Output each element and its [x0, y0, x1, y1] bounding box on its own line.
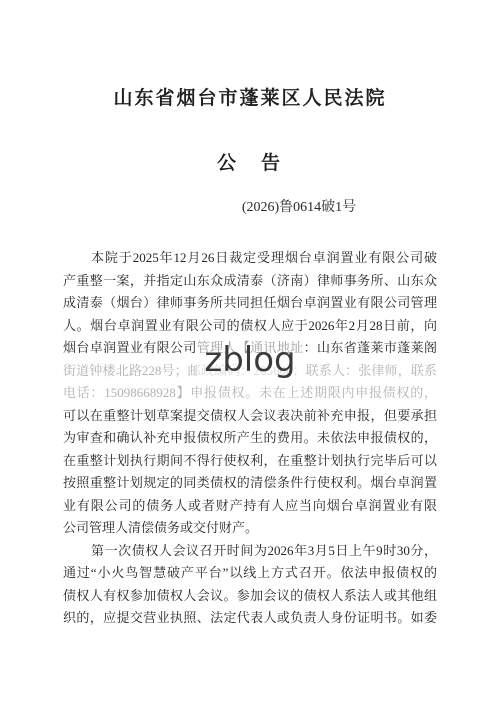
doc-line: 成清泰（烟台）律师事务所共同担任烟台卓润置业有限公司管理	[63, 292, 437, 315]
doc-line-dimmed: 街道钟楼北路228号；邮政编码：265600；联系人：张律师，联系	[63, 360, 437, 383]
doc-line: 烟台卓润置业有限公司管理人【通讯地址：山东省蓬莱市蓬莱阁	[63, 337, 437, 360]
doc-line: 按照重整计划规定的同类债权的清偿条件行使权利。烟台卓润置	[63, 472, 437, 495]
doc-line: 可以在重整计划草案提交债权人会议表决前补充申报，但要承担	[63, 405, 437, 428]
court-announcement-document: 山东省烟台市蓬莱区人民法院 公 告 (2026)鲁0614破1号 本院于2025…	[0, 0, 500, 707]
doc-line: 债权人有权参加债权人会议。参加会议的债权人系法人或其他组	[63, 585, 437, 608]
doc-line: 在重整计划执行期间不得行使权利，在重整计划执行完毕后可以	[63, 450, 437, 473]
doc-line: 本院于2025年12月26日裁定受理烟台卓润置业有限公司破	[63, 247, 437, 270]
doc-line: 人。烟台卓润置业有限公司的债权人应于2026年2月28日前，向	[63, 315, 437, 338]
doc-line: 公司管理人清偿债务或交付财产。	[63, 517, 437, 540]
announcement-body: 本院于2025年12月26日裁定受理烟台卓润置业有限公司破 产重整一案，并指定山…	[0, 247, 500, 630]
doc-line: 业有限公司的债务人或者财产持有人应当向烟台卓润置业有限	[63, 495, 437, 518]
doc-line: 为审查和确认补充申报债权所产生的费用。未依法申报债权的，	[63, 427, 437, 450]
doc-line: 织的，应提交营业执照、法定代表人或负责人身份证明书。如委	[63, 607, 437, 630]
doc-line-dimmed: 电话：15098668928】申报债权。未在上述期限内申报债权的，	[63, 382, 437, 405]
document-title: 公 告	[0, 148, 500, 175]
doc-line: 第一次债权人会议召开时间为2026年3月5日上午9时30分，	[63, 540, 437, 563]
court-name-heading: 山东省烟台市蓬莱区人民法院	[0, 0, 500, 110]
doc-line: 产重整一案，并指定山东众成清泰（济南）律师事务所、山东众	[63, 270, 437, 293]
doc-line: 通过“小火鸟智慧破产平台”以线上方式召开。依法申报债权的	[63, 562, 437, 585]
case-number: (2026)鲁0614破1号	[49, 196, 500, 216]
